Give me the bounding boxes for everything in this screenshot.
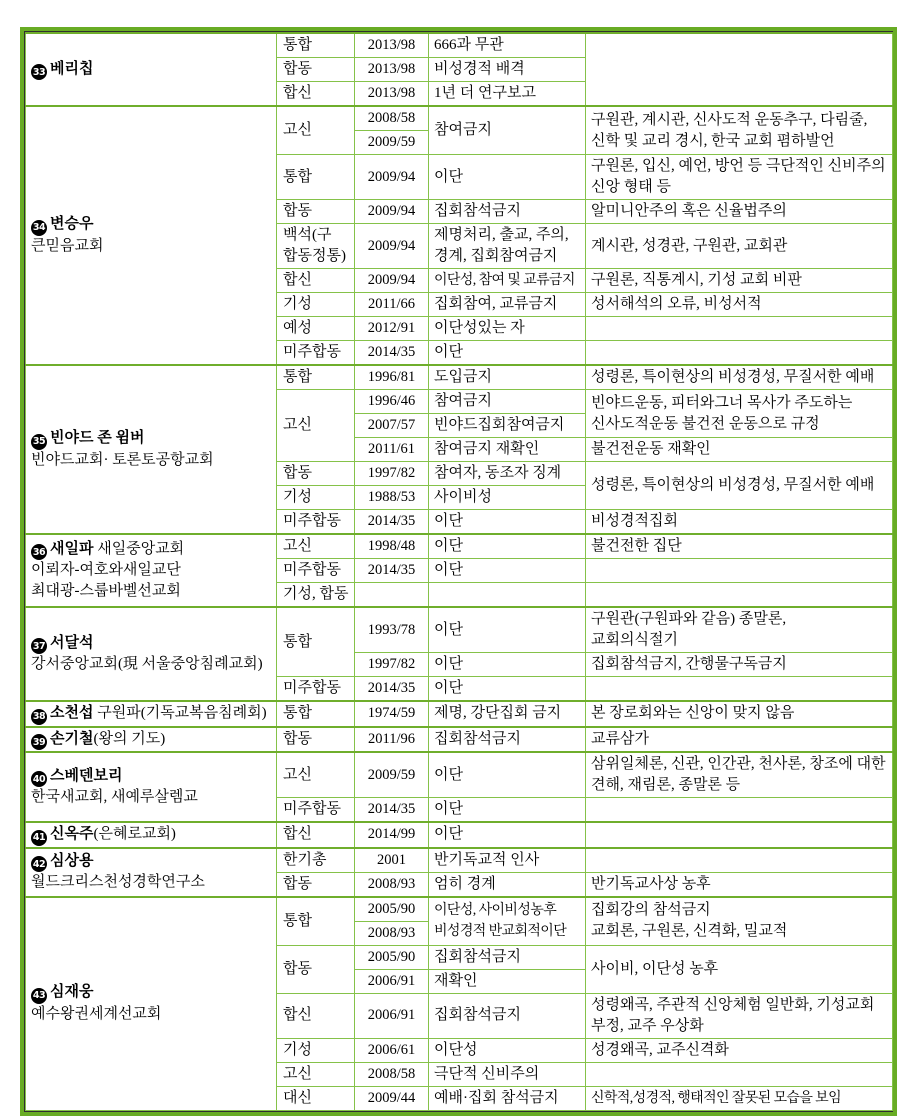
year-cell: 2006/61 bbox=[355, 1038, 429, 1062]
table-row: 42심상용 월드크리스천성경학연구소 한기총 2001 반기독교적 인사 bbox=[26, 848, 893, 873]
ruling-cell: 이단 bbox=[429, 559, 586, 583]
note-cell: 성령론, 특이현상의 비성경성, 무질서한 예배 bbox=[586, 365, 893, 390]
denomination-cell: 통합 bbox=[277, 155, 355, 200]
ruling-cell: 이단 bbox=[429, 653, 586, 677]
denomination-cell: 통합 bbox=[277, 33, 355, 58]
document-table-frame: 33베리칩 통합 2013/98 666과 무관 합동 2013/98 비성경적… bbox=[20, 27, 897, 1116]
year-cell: 2009/94 bbox=[355, 224, 429, 269]
denomination-cell: 기성, 합동 bbox=[277, 583, 355, 608]
ruling-cell: 이단 bbox=[429, 798, 586, 823]
note-cell bbox=[586, 677, 893, 702]
note-cell: 집회강의 참석금지 교회론, 구원론, 신격화, 밀교적 bbox=[586, 897, 893, 946]
year-cell: 2012/91 bbox=[355, 317, 429, 341]
ruling-cell: 이단 bbox=[429, 534, 586, 559]
circled-number-badge: 37 bbox=[31, 638, 47, 654]
year-cell: 2013/98 bbox=[355, 33, 429, 58]
year-cell: 2009/59 bbox=[355, 752, 429, 798]
denomination-cell: 미주합동 bbox=[277, 677, 355, 702]
year-cell: 1988/53 bbox=[355, 486, 429, 510]
denomination-cell: 고신 bbox=[277, 390, 355, 462]
entity-cell: 41신옥주(은혜로교회) bbox=[26, 822, 277, 848]
denomination-cell: 한기총 bbox=[277, 848, 355, 873]
ruling-cell: 재확인 bbox=[429, 969, 586, 993]
year-cell: 2005/90 bbox=[355, 897, 429, 922]
note-cell: 빈야드운동, 피터와그너 목사가 주도하는 신사도적운동 불건전 운동으로 규정 bbox=[586, 390, 893, 438]
note-cell: 집회참석금지, 간행물구독금지 bbox=[586, 653, 893, 677]
denomination-cell: 합신 bbox=[277, 82, 355, 107]
table-row: 38소천섭 구원파(기독교복음침례회) 통합 1974/59 제명, 강단집회 … bbox=[26, 701, 893, 727]
ruling-cell: 제명, 강단집회 금지 bbox=[429, 701, 586, 727]
note-cell: 구원론, 직통계시, 기성 교회 비판 bbox=[586, 269, 893, 293]
entity-cell: 36새일파 새일중앙교회 이뢰자-여호와새일교단 최대광-스룹바벨선교회 bbox=[26, 534, 277, 607]
note-cell bbox=[586, 583, 893, 608]
table-row: 35빈야드 존 윔버 빈야드교회· 토론토공항교회 통합 1996/81 도입금… bbox=[26, 365, 893, 390]
table-row: 36새일파 새일중앙교회 이뢰자-여호와새일교단 최대광-스룹바벨선교회 고신 … bbox=[26, 534, 893, 559]
table-row: 34변승우 큰믿음교회 고신 2008/58 참여금지 구원관, 계시관, 신사… bbox=[26, 106, 893, 131]
denomination-cell: 고신 bbox=[277, 534, 355, 559]
ruling-cell: 666과 무관 bbox=[429, 33, 586, 58]
denomination-cell: 미주합동 bbox=[277, 510, 355, 535]
circled-number-badge: 39 bbox=[31, 734, 47, 750]
entity-name: 39손기철(왕의 기도) bbox=[31, 729, 272, 751]
year-cell: 2014/99 bbox=[355, 822, 429, 848]
ruling-cell: 집회참석금지 bbox=[429, 945, 586, 969]
note-cell: 성서해석의 오류, 비성서적 bbox=[586, 293, 893, 317]
denomination-cell: 고신 bbox=[277, 106, 355, 155]
note-cell: 교류삼가 bbox=[586, 727, 893, 753]
year-cell: 1997/82 bbox=[355, 462, 429, 486]
entity-name: 41신옥주(은혜로교회) bbox=[31, 824, 272, 846]
entity-cell: 35빈야드 존 윔버 빈야드교회· 토론토공항교회 bbox=[26, 365, 277, 534]
denomination-cell: 합동 bbox=[277, 872, 355, 897]
ruling-cell: 참여자, 동조자 징계 bbox=[429, 462, 586, 486]
circled-number-badge: 33 bbox=[31, 64, 47, 80]
year-cell: 2006/91 bbox=[355, 993, 429, 1038]
note-cell: 비성경적집회 bbox=[586, 510, 893, 535]
note-cell: 구원관, 계시관, 신사도적 운동추구, 다림줄, 신학 및 교리 경시, 한국… bbox=[586, 106, 893, 155]
ruling-cell: 사이비성 bbox=[429, 486, 586, 510]
denomination-cell: 미주합동 bbox=[277, 341, 355, 366]
ruling-cell: 참여금지 재확인 bbox=[429, 438, 586, 462]
note-cell bbox=[586, 798, 893, 823]
ruling-cell: 집회참석금지 bbox=[429, 200, 586, 224]
entity-cell: 37서달석 강서중앙교회(現 서울중앙침례교회) bbox=[26, 607, 277, 701]
circled-number-badge: 38 bbox=[31, 709, 47, 725]
year-cell: 2014/35 bbox=[355, 510, 429, 535]
ruling-cell: 이단 bbox=[429, 822, 586, 848]
denomination-cell: 합동 bbox=[277, 58, 355, 82]
year-cell: 1996/46 bbox=[355, 390, 429, 414]
denomination-cell: 합신 bbox=[277, 269, 355, 293]
year-cell: 1993/78 bbox=[355, 607, 429, 653]
ruling-cell: 참여금지 bbox=[429, 390, 586, 414]
note-cell: 불건전운동 재확인 bbox=[586, 438, 893, 462]
note-cell bbox=[586, 33, 893, 106]
ruling-cell: 이단 bbox=[429, 677, 586, 702]
year-cell: 2001 bbox=[355, 848, 429, 873]
year-cell: 1997/82 bbox=[355, 653, 429, 677]
denomination-cell: 미주합동 bbox=[277, 559, 355, 583]
note-cell: 사이비, 이단성 농후 bbox=[586, 945, 893, 993]
year-cell: 2008/58 bbox=[355, 1062, 429, 1086]
denomination-cell: 미주합동 bbox=[277, 798, 355, 823]
year-cell: 2014/35 bbox=[355, 677, 429, 702]
entity-cell: 39손기철(왕의 기도) bbox=[26, 727, 277, 753]
entity-subname: 한국새교회, 새예루살렘교 bbox=[31, 787, 272, 808]
year-cell: 1996/81 bbox=[355, 365, 429, 390]
note-cell: 구원관(구원파와 같음) 종말론, 교회의식절기 bbox=[586, 607, 893, 653]
entity-name: 37서달석 bbox=[31, 633, 272, 655]
year-cell: 2005/90 bbox=[355, 945, 429, 969]
year-cell: 1974/59 bbox=[355, 701, 429, 727]
entity-subname: 예수왕권세계선교회 bbox=[31, 1004, 272, 1025]
note-cell: 불건전한 집단 bbox=[586, 534, 893, 559]
table-row: 37서달석 강서중앙교회(現 서울중앙침례교회) 통합 1993/78 이단 구… bbox=[26, 607, 893, 653]
entity-name: 36새일파 새일중앙교회 bbox=[31, 539, 272, 561]
year-cell: 2011/61 bbox=[355, 438, 429, 462]
entity-name: 35빈야드 존 윔버 bbox=[31, 428, 272, 450]
entity-subname: 최대광-스룹바벨선교회 bbox=[31, 581, 272, 602]
denomination-cell: 예성 bbox=[277, 317, 355, 341]
heresy-ruling-table: 33베리칩 통합 2013/98 666과 무관 합동 2013/98 비성경적… bbox=[25, 32, 893, 1111]
year-cell: 2008/93 bbox=[355, 921, 429, 945]
entity-cell: 42심상용 월드크리스천성경학연구소 bbox=[26, 848, 277, 897]
year-cell: 2009/59 bbox=[355, 131, 429, 155]
ruling-cell: 집회참석금지 bbox=[429, 993, 586, 1038]
ruling-cell: 1년 더 연구보고 bbox=[429, 82, 586, 107]
year-cell: 2014/35 bbox=[355, 559, 429, 583]
table-row: 33베리칩 통합 2013/98 666과 무관 bbox=[26, 33, 893, 58]
ruling-cell: 도입금지 bbox=[429, 365, 586, 390]
note-cell bbox=[586, 317, 893, 341]
entity-cell: 40스베덴보리 한국새교회, 새예루살렘교 bbox=[26, 752, 277, 822]
note-cell: 삼위일체론, 신관, 인간관, 천사론, 창조에 대한 견해, 재림론, 종말론… bbox=[586, 752, 893, 798]
ruling-cell: 이단성, 사이비성농후 비성경적 반교회적이단 bbox=[429, 897, 586, 946]
ruling-cell: 이단 bbox=[429, 752, 586, 798]
year-cell: 1998/48 bbox=[355, 534, 429, 559]
year-cell: 2014/35 bbox=[355, 341, 429, 366]
ruling-cell: 극단적 신비주의 bbox=[429, 1062, 586, 1086]
ruling-cell: 이단 bbox=[429, 510, 586, 535]
circled-number-badge: 36 bbox=[31, 544, 47, 560]
entity-subname: 이뢰자-여호와새일교단 bbox=[31, 560, 272, 581]
circled-number-badge: 40 bbox=[31, 771, 47, 787]
entity-cell: 38소천섭 구원파(기독교복음침례회) bbox=[26, 701, 277, 727]
entity-cell: 34변승우 큰믿음교회 bbox=[26, 106, 277, 365]
year-cell: 2013/98 bbox=[355, 82, 429, 107]
circled-number-badge: 42 bbox=[31, 856, 47, 872]
table-row: 39손기철(왕의 기도) 합동 2011/96 집회참석금지 교류삼가 bbox=[26, 727, 893, 753]
entity-cell: 33베리칩 bbox=[26, 33, 277, 106]
note-cell bbox=[586, 341, 893, 366]
year-cell: 2009/44 bbox=[355, 1086, 429, 1110]
circled-number-badge: 41 bbox=[31, 830, 47, 846]
year-cell: 2009/94 bbox=[355, 155, 429, 200]
entity-subname: 큰믿음교회 bbox=[31, 236, 272, 257]
entity-name: 34변승우 bbox=[31, 214, 272, 236]
circled-number-badge: 43 bbox=[31, 988, 47, 1004]
ruling-cell: 이단 bbox=[429, 155, 586, 200]
circled-number-badge: 35 bbox=[31, 434, 47, 450]
ruling-cell bbox=[429, 583, 586, 608]
year-cell: 2007/57 bbox=[355, 414, 429, 438]
denomination-cell: 고신 bbox=[277, 1062, 355, 1086]
entity-name: 43심재웅 bbox=[31, 982, 272, 1004]
denomination-cell: 합신 bbox=[277, 993, 355, 1038]
denomination-cell: 합동 bbox=[277, 200, 355, 224]
year-cell: 2006/91 bbox=[355, 969, 429, 993]
entity-cell: 43심재웅 예수왕권세계선교회 bbox=[26, 897, 277, 1111]
entity-subname: 빈야드교회· 토론토공항교회 bbox=[31, 450, 272, 471]
note-cell: 성경왜곡, 교주신격화 bbox=[586, 1038, 893, 1062]
entity-subname: 강서중앙교회(現 서울중앙침례교회) bbox=[31, 654, 272, 675]
year-cell bbox=[355, 583, 429, 608]
ruling-cell: 이단성 bbox=[429, 1038, 586, 1062]
entity-name: 42심상용 bbox=[31, 851, 272, 873]
year-cell: 2008/58 bbox=[355, 106, 429, 131]
denomination-cell: 통합 bbox=[277, 897, 355, 946]
denomination-cell: 통합 bbox=[277, 607, 355, 677]
year-cell: 2011/96 bbox=[355, 727, 429, 753]
denomination-cell: 기성 bbox=[277, 293, 355, 317]
ruling-cell: 집회참여, 교류금지 bbox=[429, 293, 586, 317]
circled-number-badge: 34 bbox=[31, 220, 47, 236]
denomination-cell: 백석(구 합동정통) bbox=[277, 224, 355, 269]
entity-subname: 월드크리스천성경학연구소 bbox=[31, 872, 272, 893]
table-row: 41신옥주(은혜로교회) 합신 2014/99 이단 bbox=[26, 822, 893, 848]
note-cell bbox=[586, 848, 893, 873]
entity-name: 40스베덴보리 bbox=[31, 766, 272, 788]
ruling-cell: 제명처리, 출교, 주의, 경계, 집회참여금지 bbox=[429, 224, 586, 269]
ruling-cell: 엄히 경계 bbox=[429, 872, 586, 897]
year-cell: 2008/93 bbox=[355, 872, 429, 897]
note-cell: 반기독교사상 농후 bbox=[586, 872, 893, 897]
ruling-cell: 참여금지 bbox=[429, 106, 586, 155]
note-cell: 알미니안주의 혹은 신율법주의 bbox=[586, 200, 893, 224]
denomination-cell: 합동 bbox=[277, 462, 355, 486]
denomination-cell: 합신 bbox=[277, 822, 355, 848]
year-cell: 2013/98 bbox=[355, 58, 429, 82]
note-cell bbox=[586, 1062, 893, 1086]
ruling-cell: 비성경적 배격 bbox=[429, 58, 586, 82]
year-cell: 2009/94 bbox=[355, 269, 429, 293]
note-cell bbox=[586, 559, 893, 583]
year-cell: 2011/66 bbox=[355, 293, 429, 317]
denomination-cell: 대신 bbox=[277, 1086, 355, 1110]
denomination-cell: 통합 bbox=[277, 701, 355, 727]
note-cell: 구원론, 입신, 예언, 방언 등 극단적인 신비주의 신앙 형태 등 bbox=[586, 155, 893, 200]
ruling-cell: 이단성있는 자 bbox=[429, 317, 586, 341]
denomination-cell: 고신 bbox=[277, 752, 355, 798]
ruling-cell: 이단성, 참여 및 교류금지 bbox=[429, 269, 586, 293]
denomination-cell: 합동 bbox=[277, 945, 355, 993]
ruling-cell: 이단 bbox=[429, 341, 586, 366]
note-cell: 성령론, 특이현상의 비성경성, 무질서한 예배 bbox=[586, 462, 893, 510]
denomination-cell: 기성 bbox=[277, 1038, 355, 1062]
note-cell: 신학적,성경적, 행태적인 잘못된 모습을 보임 bbox=[586, 1086, 893, 1110]
note-cell: 성령왜곡, 주관적 신앙체험 일반화, 기성교회 부정, 교주 우상화 bbox=[586, 993, 893, 1038]
denomination-cell: 합동 bbox=[277, 727, 355, 753]
ruling-cell: 예배·집회 참석금지 bbox=[429, 1086, 586, 1110]
entity-name: 38소천섭 구원파(기독교복음침례회) bbox=[31, 703, 272, 725]
denomination-cell: 기성 bbox=[277, 486, 355, 510]
ruling-cell: 반기독교적 인사 bbox=[429, 848, 586, 873]
ruling-cell: 이단 bbox=[429, 607, 586, 653]
note-cell: 본 장로회와는 신앙이 맞지 않음 bbox=[586, 701, 893, 727]
note-cell: 계시관, 성경관, 구원관, 교회관 bbox=[586, 224, 893, 269]
year-cell: 2009/94 bbox=[355, 200, 429, 224]
ruling-cell: 집회참석금지 bbox=[429, 727, 586, 753]
denomination-cell: 통합 bbox=[277, 365, 355, 390]
year-cell: 2014/35 bbox=[355, 798, 429, 823]
entity-name: 33베리칩 bbox=[31, 59, 272, 81]
table-row: 43심재웅 예수왕권세계선교회 통합 2005/90 이단성, 사이비성농후 비… bbox=[26, 897, 893, 922]
table-row: 40스베덴보리 한국새교회, 새예루살렘교 고신 2009/59 이단 삼위일체… bbox=[26, 752, 893, 798]
ruling-cell: 빈야드집회참여금지 bbox=[429, 414, 586, 438]
note-cell bbox=[586, 822, 893, 848]
